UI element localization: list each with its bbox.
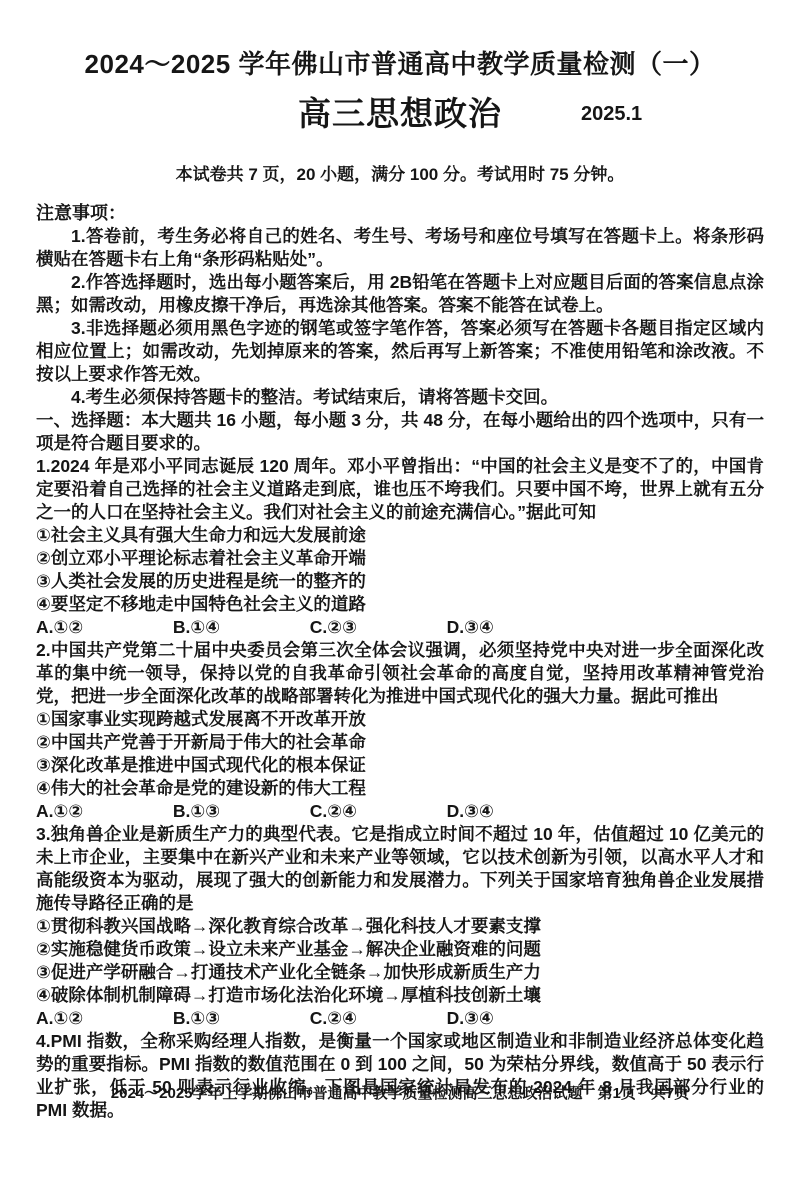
question-2-statement-1: ①国家事业实现跨越式发展离不开改革开放: [36, 708, 764, 731]
question-2-statement-4: ④伟大的社会革命是党的建设新的伟大工程: [36, 777, 764, 800]
page-footer: 2024～2025学年上学期佛山市普通高中教学质量检测高三思想政治试题 第1页 …: [0, 1084, 800, 1104]
notice-heading: 注意事项：: [36, 202, 764, 225]
exam-subject: 高三思想政治: [36, 90, 764, 138]
question-1-choice-d: D.③④: [447, 616, 494, 639]
question-1-stem: 1.2024 年是邓小平同志诞辰 120 周年。邓小平曾指出：“中国的社会主义是…: [36, 455, 764, 524]
question-3-choice-d: D.③④: [447, 1007, 494, 1030]
notice-item-4: 4.考生必须保持答题卡的整洁。考试结束后，请将答题卡交回。: [36, 386, 764, 409]
exam-info-line: 本试卷共 7 页，20 小题，满分 100 分。考试用时 75 分钟。: [36, 164, 764, 186]
question-3-choices-row: A.①② B.①③ C.②④ D.③④: [36, 1007, 764, 1030]
question-2-choice-a: A.①②: [36, 800, 168, 823]
question-2-stem: 2.中国共产党第二十届中央委员会第三次全体会议强调，必须坚持党中央对进一步全面深…: [36, 639, 764, 708]
notice-item-3: 3.非选择题必须用黑色字迹的钢笔或签字笔作答，答案必须写在答题卡各题目指定区域内…: [36, 317, 764, 386]
question-1-statement-4: ④要坚定不移地走中国特色社会主义的道路: [36, 593, 764, 616]
question-1-choice-b: B.①④: [173, 616, 305, 639]
exam-title: 2024～2025 学年佛山市普通高中教学质量检测（一）: [36, 0, 764, 82]
question-2-statement-3: ③深化改革是推进中国式现代化的根本保证: [36, 754, 764, 777]
notice-item-1: 1.答卷前，考生务必将自己的姓名、考生号、考场号和座位号填写在答题卡上。将条形码…: [36, 225, 764, 271]
question-3-statement-1: ①贯彻科教兴国战略→深化教育综合改革→强化科技人才要素支撑: [36, 915, 764, 938]
question-2-choices-row: A.①② B.①③ C.②④ D.③④: [36, 800, 764, 823]
question-3-choice-a: A.①②: [36, 1007, 168, 1030]
question-1-choice-a: A.①②: [36, 616, 168, 639]
question-2-statement-2: ②中国共产党善于开新局于伟大的社会革命: [36, 731, 764, 754]
question-3-choice-b: B.①③: [173, 1007, 305, 1030]
page-content: 2024～2025 学年佛山市普通高中教学质量检测（一） 高三思想政治 2025…: [0, 0, 800, 1122]
question-1: 1.2024 年是邓小平同志诞辰 120 周年。邓小平曾指出：“中国的社会主义是…: [36, 455, 764, 639]
question-3: 3.独角兽企业是新质生产力的典型代表。它是指成立时间不超过 10 年，估值超过 …: [36, 823, 764, 1030]
question-3-statement-3: ③促进产学研融合→打通技术产业化全链条→加快形成新质生产力: [36, 961, 764, 984]
exam-subtitle-row: 高三思想政治 2025.1: [36, 90, 764, 138]
question-1-statement-2: ②创立邓小平理论标志着社会主义革命开端: [36, 547, 764, 570]
question-3-stem: 3.独角兽企业是新质生产力的典型代表。它是指成立时间不超过 10 年，估值超过 …: [36, 823, 764, 915]
section-1-heading: 一、选择题：本大题共 16 小题，每小题 3 分，共 48 分，在每小题给出的四…: [36, 409, 764, 455]
exam-paper-page: 2024～2025 学年佛山市普通高中教学质量检测（一） 高三思想政治 2025…: [0, 0, 800, 1204]
question-1-choices-row: A.①② B.①④ C.②③ D.③④: [36, 616, 764, 639]
question-2-choice-d: D.③④: [447, 800, 494, 823]
question-3-statement-2: ②实施稳健货币政策→设立未来产业基金→解决企业融资难的问题: [36, 938, 764, 961]
question-1-statement-1: ①社会主义具有强大生命力和远大发展前途: [36, 524, 764, 547]
question-4-stem: 4.PMI 指数，全称采购经理人指数，是衡量一个国家或地区制造业和非制造业经济总…: [36, 1030, 764, 1122]
question-2-choice-c: C.②④: [310, 800, 442, 823]
question-3-statement-4: ④破除体制机制障碍→打造市场化法治化环境→厚植科技创新土壤: [36, 984, 764, 1007]
question-4: 4.PMI 指数，全称采购经理人指数，是衡量一个国家或地区制造业和非制造业经济总…: [36, 1030, 764, 1122]
exam-date: 2025.1: [581, 103, 642, 126]
question-3-choice-c: C.②④: [310, 1007, 442, 1030]
question-2-choice-b: B.①③: [173, 800, 305, 823]
notice-section: 注意事项： 1.答卷前，考生务必将自己的姓名、考生号、考场号和座位号填写在答题卡…: [36, 202, 764, 409]
notice-item-2: 2.作答选择题时，选出每小题答案后，用 2B铅笔在答题卡上对应题目后面的答案信息…: [36, 271, 764, 317]
question-2: 2.中国共产党第二十届中央委员会第三次全体会议强调，必须坚持党中央对进一步全面深…: [36, 639, 764, 823]
question-1-statement-3: ③人类社会发展的历史进程是统一的整齐的: [36, 570, 764, 593]
question-1-choice-c: C.②③: [310, 616, 442, 639]
